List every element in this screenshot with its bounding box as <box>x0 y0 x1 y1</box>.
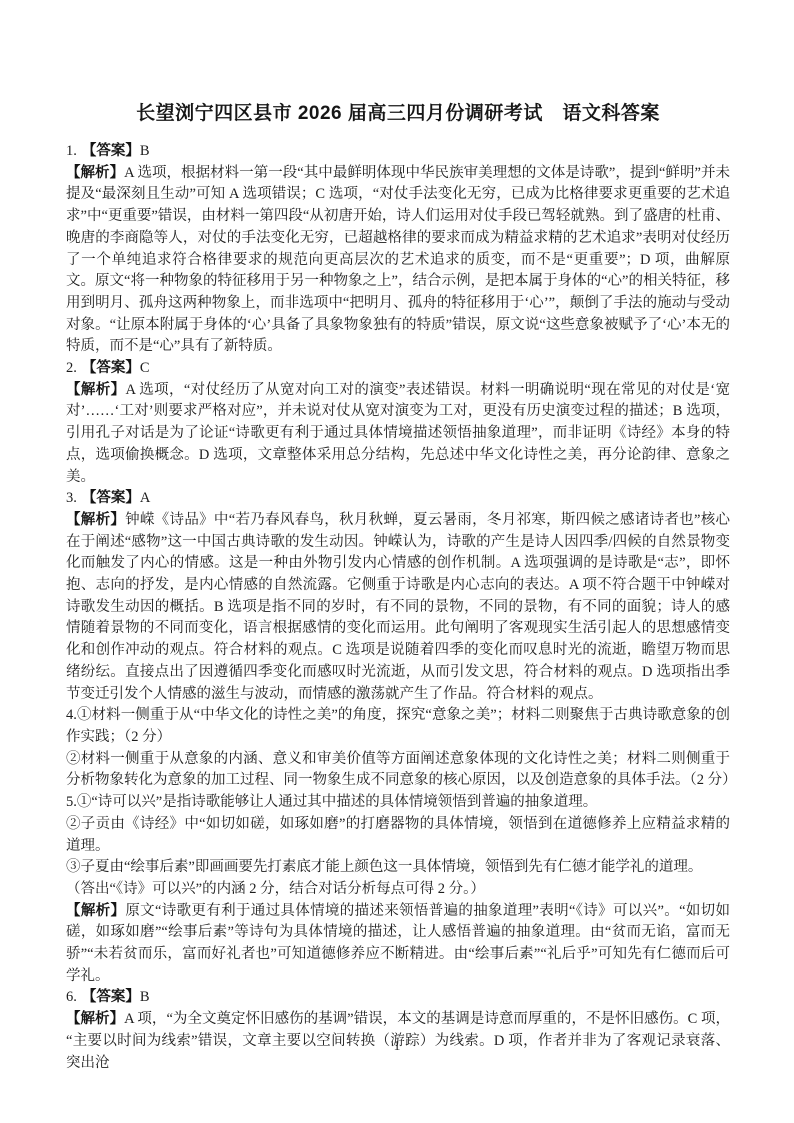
question-number: 6. <box>66 989 77 1005</box>
answer-value: B <box>140 989 150 1005</box>
analysis-text: 钟嵘《诗品》中“若乃春风春鸟，秋月秋蝉，夏云暑雨，冬月祁寒，斯四候之感诸诗者也”… <box>66 512 730 702</box>
analysis-tag: 【解析】 <box>66 165 124 181</box>
answer-tag: 【答案】 <box>82 490 140 506</box>
answer-value: B <box>140 143 150 159</box>
question-4-item-2: ②材料一侧重于从意象的内涵、意义和审美价值等方面阐述意象体现的文化诗性之美；材料… <box>66 749 730 792</box>
page-title: 长望浏宁四区县市 2026 届高三四月份调研考试 语文科答案 <box>66 98 730 125</box>
answer-tag: 【答案】 <box>82 360 140 376</box>
question-5-scoring-note: （答出“《诗》可以兴”的内涵 2 分，结合对话分析每点可得 2 分。） <box>66 879 730 901</box>
page-number: 1 <box>0 1038 794 1054</box>
question-number: 2. <box>66 360 77 376</box>
analysis-paragraph-2: 【解析】A 选项，“对仗经历了从宽对向工对的演变”表述错误。材料一明确说明“现在… <box>66 380 730 489</box>
answer-line-2: 2.【答案】C <box>66 358 730 380</box>
answer-value: A <box>140 490 150 506</box>
answer-value: C <box>140 360 150 376</box>
analysis-paragraph-3: 【解析】钟嵘《诗品》中“若乃春风春鸟，秋月秋蝉，夏云暑雨，冬月祁寒，斯四候之感诸… <box>66 510 730 705</box>
analysis-tag: 【解析】 <box>66 903 125 919</box>
analysis-text: A 选项，“对仗经历了从宽对向工对的演变”表述错误。材料一明确说明“现在常见的对… <box>66 382 730 485</box>
answer-tag: 【答案】 <box>82 989 140 1005</box>
question-5-item-2: ②子贡由《诗经》中“如切如磋，如琢如磨”的打磨器物的具体情境，领悟到在道德修养上… <box>66 814 730 857</box>
analysis-paragraph-1: 【解析】A 选项，根据材料一第一段“其中最鲜明体现中华民族审美理想的文体是诗歌”… <box>66 163 730 358</box>
answer-line-3: 3.【答案】A <box>66 488 730 510</box>
answer-line-1: 1.【答案】B <box>66 141 730 163</box>
analysis-tag: 【解析】 <box>66 382 126 398</box>
question-number: 1. <box>66 143 77 159</box>
question-5-item-1: 5.①“诗可以兴”是指诗歌能够让人通过其中描述的具体情境领悟到普遍的抽象道理。 <box>66 792 730 814</box>
question-4-item-1: 4.①材料一侧重于从“中华文化的诗性之美”的角度，探究“意象之美”；材料二则聚焦… <box>66 705 730 748</box>
analysis-text: A 选项，根据材料一第一段“其中最鲜明体现中华民族审美理想的文体是诗歌”，提到“… <box>66 165 730 355</box>
analysis-text: 原文“诗歌更有利于通过具体情境的描述来领悟普遍的抽象道理”表明“《诗》可以兴”。… <box>66 903 730 984</box>
answer-line-6: 6.【答案】B <box>66 987 730 1009</box>
question-number: 3. <box>66 490 77 506</box>
question-5-item-3: ③子夏由“绘事后素”即画画要先打素底才能上颜色这一具体情境，领悟到先有仁德才能学… <box>66 857 730 879</box>
analysis-tag: 【解析】 <box>66 1011 124 1027</box>
answer-tag: 【答案】 <box>82 143 140 159</box>
document-content: 长望浏宁四区县市 2026 届高三四月份调研考试 语文科答案 1.【答案】B 【… <box>66 98 730 1074</box>
analysis-tag: 【解析】 <box>66 512 125 528</box>
analysis-paragraph-5: 【解析】原文“诗歌更有利于通过具体情境的描述来领悟普遍的抽象道理”表明“《诗》可… <box>66 901 730 988</box>
document-page: 长望浏宁四区县市 2026 届高三四月份调研考试 语文科答案 1.【答案】B 【… <box>0 0 794 1123</box>
